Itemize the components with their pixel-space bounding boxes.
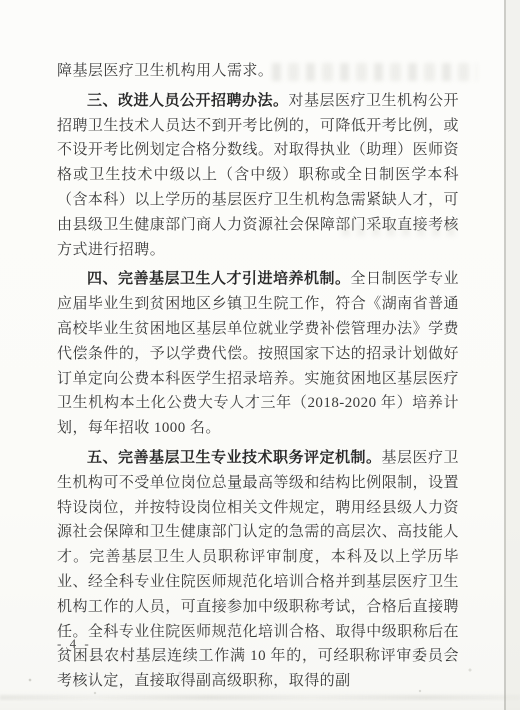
section-4-heading: 四、完善基层卫生人才引进培养机制。 <box>87 270 351 287</box>
paragraph-section-3: 三、改进人员公开招聘办法。对基层医疗卫生机构公开招聘卫生技术人员达不到开考比例的… <box>57 89 459 263</box>
scan-edge-shadow <box>0 695 520 700</box>
paragraph-text: 障基层医疗卫生机构用人需求。 <box>57 63 273 79</box>
section-3-heading: 三、改进人员公开招聘办法。 <box>87 92 289 109</box>
scan-edge-strip <box>506 0 520 710</box>
scan-crease-line <box>504 0 506 710</box>
scan-bleedthrough-artifact <box>272 63 477 81</box>
paragraph-section-4: 四、完善基层卫生人才引进培养机制。全日制医学专业应届毕业生到贫困地区乡镇卫生院工… <box>57 267 459 441</box>
section-5-text: 基层医疗卫生机构可不受单位岗位总量最高等级和结构比例限制，设置特设岗位，并按特设… <box>57 450 459 689</box>
document-body: 障基层医疗卫生机构用人需求。 三、改进人员公开招聘办法。对基层医疗卫生机构公开招… <box>57 59 459 694</box>
scanned-document-page: 障基层医疗卫生机构用人需求。 三、改进人员公开招聘办法。对基层医疗卫生机构公开招… <box>0 0 520 710</box>
scan-noise-artifact <box>0 655 520 700</box>
section-4-text: 全日制医学专业应届毕业生到贫困地区乡镇卫生院工作，符合《湖南省普通高校毕业生贫困… <box>57 271 459 436</box>
section-5-heading: 五、完善基层卫生专业技术职务评定机制。 <box>87 449 382 466</box>
page-number: - 4 - <box>57 636 91 652</box>
scan-bleedthrough-artifact <box>342 222 460 236</box>
